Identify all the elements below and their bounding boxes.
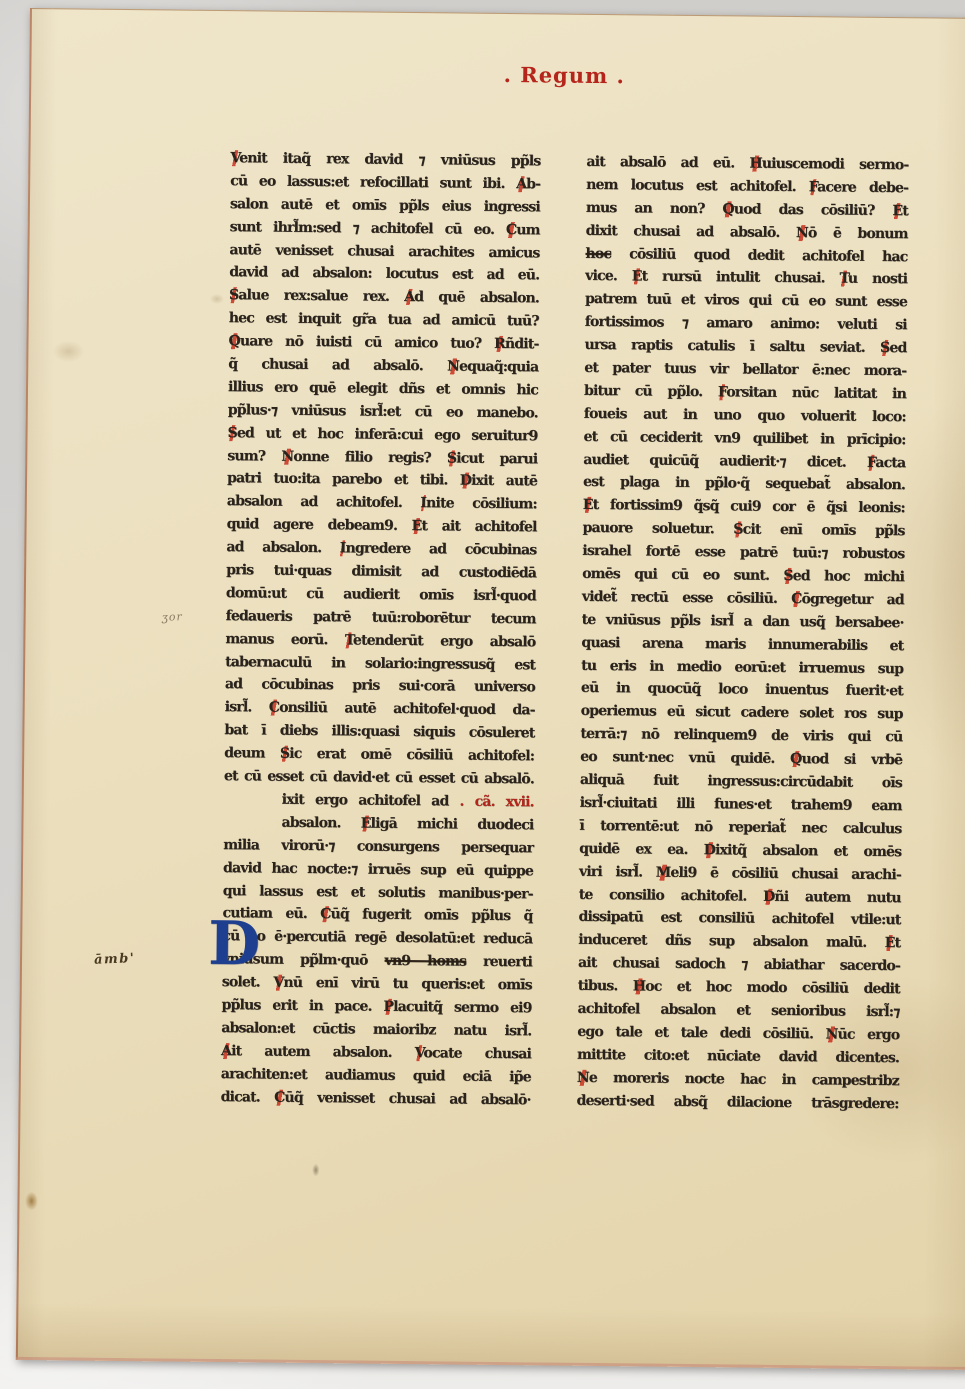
text-line: Venit itaq̃ rex david ⁊ vniūsus pp̃ls	[230, 147, 540, 173]
text-line: pris tui·quas dimisit ad custodiēdā	[226, 559, 536, 585]
text-line: operiemus eū sicut cadere solet ros sup	[581, 700, 903, 726]
text-line: domū:ut cū audierit omīs isrl̃·quod	[226, 582, 536, 608]
text-line: manus eorū. Tetenderūt ergo absalō	[225, 628, 535, 654]
text-line: autē venisset chusai arachites amicus	[229, 239, 539, 265]
text-line: achitofel absalon et senioribus isrl̃:⁊	[577, 998, 899, 1024]
text-line: videt̃ rectū esse cōsiliū. Cōgregetur ad	[582, 586, 904, 612]
text-line: ad absalon. Ingredere ad cōcubinas	[226, 536, 536, 562]
text-line: pp̃lus erit in pace. Placuitq̃ sermo ei9	[221, 994, 531, 1020]
text-line: eū in quocūq̃ loco inuentus fuerit·et	[581, 677, 903, 703]
text-line: audiet quicūq̃ audierit·⁊ dicet. Facta	[583, 448, 905, 474]
text-line: cū eo lassus:et refocillati sunt ibi. Ab…	[230, 170, 540, 196]
text-line: et cū ceciderit vn9 quilibet in prīcipio…	[583, 426, 905, 452]
text-line: bat ī diebs illis:quasi siquis cōsuleret	[224, 719, 534, 745]
running-title: . Regum .	[231, 59, 897, 92]
text-line: Et fortissim9 q̃sq̃ cui9 cor ē q̃si leon…	[583, 494, 905, 520]
text-line: dixit chusai ad absalō. Nō ē bonum	[586, 220, 908, 246]
text-line: ait absalō ad eū. Huiuscemodi sermo-	[586, 151, 908, 177]
text-line: bitur cū pp̃lo. Forsitan nūc latitat in	[584, 380, 906, 406]
text-line: q̃ chusai ad absalō. Nequaq̃:quia	[228, 353, 538, 379]
text-line: induceret dñs sup absalon malū. Et	[578, 929, 900, 955]
text-line: omēs qui cū eo sunt. Sed hoc michi	[582, 563, 904, 589]
text-line: fortissimos ⁊ amaro animo: veluti si	[585, 311, 907, 337]
illuminated-initial-d: D	[208, 922, 270, 971]
text-line: fedaueris patrē tuū:roborētur tecum	[226, 605, 536, 631]
text-line: Ait autem absalon. Vocate chusai	[221, 1040, 531, 1066]
text-line: illius ero quē elegit dñs et omnis hic	[228, 376, 538, 402]
text-line: Quare nō iuisti cū amico tuo? Rñdit-	[228, 330, 538, 356]
text-line: absalon:et cūctis maioribz natu isrl̃.	[221, 1017, 531, 1043]
text-line: sunt ihrl̃m:sed ⁊ achitofel cū eo. Cum	[230, 216, 540, 242]
text-line: salon autē et omīs pp̃ls eius ingressi	[230, 193, 540, 219]
text-line: ego tale et tale dedi cōsiliū. Nūc ergo	[577, 1021, 899, 1047]
text-line: solet. Vnū enī virū tu queris:et omīs	[222, 971, 532, 997]
text-line: pauore soluetur. Scit enī omīs pp̃ls	[582, 517, 904, 543]
text-line: patri tuo:ita parebo et tibi. Dixit autē	[227, 468, 537, 494]
text-line: pp̃lus·⁊ vniūsus isrl̃:et cū eo manebo.	[228, 399, 538, 425]
text-line: tibus. Hoc et hoc modo cōsiliū dedit	[578, 975, 900, 1001]
text-line: arachiten:et audiamus quid eciā ip̃e	[221, 1063, 531, 1089]
text-line: dicat. Cūq̃ venisset chusai ad absalō·	[220, 1086, 530, 1112]
text-line: et pater tuus vir bellator ē:nec mora-	[584, 357, 906, 383]
text-line: te vniūsus pp̃ls isrl̃ a dan usq̃ bersab…	[582, 609, 904, 635]
text-line: nem locutus est achitofel. Facere debe-	[586, 174, 908, 200]
text-line: david ad absalon: locutus est ad eū.	[229, 262, 539, 288]
text-line: absalon ad achitofel. Inite cōsilium:	[227, 490, 537, 516]
text-line: dissipatū est consiliū achitofel vtile:u…	[578, 906, 900, 932]
text-line: terrā:⁊ nō relinquem9 de viris qui cū	[580, 723, 902, 749]
text-line: hec est inquit gr̃a tua ad amicū tuū?	[229, 307, 539, 333]
text-line: hoc cōsiliū quod dedit achitofel hac	[585, 242, 907, 268]
text-line: Ne moreris nocte hac in campestribz	[577, 1066, 899, 1092]
text-line: israhel fortē esse patrē tuū:⁊ robustos	[582, 540, 904, 566]
text-line: aliquā fuit ingressus:circūdabit oīs	[580, 769, 902, 795]
text-line: ixit ergo achitofel ad . cã. xvii.	[224, 788, 534, 814]
text-line: quasi arena maris innumerabilis et	[581, 632, 903, 658]
photo-backdrop: { "meta": { "colors": { "rubric_red": "#…	[0, 0, 965, 1389]
text-line: ait chusai sadoch ⁊ abiathar sacerdo-	[578, 952, 900, 978]
text-line: mittite cito:et nūciate david dicentes.	[577, 1044, 899, 1070]
text-line: ī torrentē:ut nō reperiat̃ nec calculus	[579, 815, 901, 841]
text-line: vice. Et rursū intulit chusai. Tu nosti	[585, 265, 907, 291]
text-line: patrem tuū et viros qui cū eo sunt esse	[585, 288, 907, 314]
text-line: quid agere debeam9. Et ait achitofel	[226, 513, 536, 539]
text-line: quidē ex ea. Dixitq̃ absalon et omēs	[579, 838, 901, 864]
margin-annotation-1: ʒor	[161, 610, 183, 624]
margin-annotation-2: āmb'	[94, 951, 136, 968]
text-line: sum? Nonne filio regis? Sicut parui	[227, 445, 537, 471]
text-line: tabernaculū in solario:ingressusq̃ est	[225, 651, 535, 677]
manuscript-page: . Regum . ʒor āmb' D Venit itaq̃ rex dav…	[16, 8, 965, 1370]
text-column-right: ait absalō ad eū. Huiuscemodi sermo-nem …	[576, 151, 908, 1116]
text-line: Sed ut et hoc inferā:cui ego seruitur9	[227, 422, 537, 448]
text-line: deserti·sed absq̃ dilacione trāsgredere:	[576, 1089, 898, 1115]
text-line: tu eris in medio eorū:et irruemus sup	[581, 654, 903, 680]
text-line: foueis aut in uno quo voluerit loco:	[584, 403, 906, 429]
text-line: ad cōcubinas pris sui·corā universo	[225, 674, 535, 700]
text-line: et cū esset cū david·et cū esset cū absa…	[224, 765, 534, 791]
text-line: viri isrl̃. Meli9 ē cōsiliū chusai arach…	[579, 860, 901, 886]
text-column-left: D Venit itaq̃ rex david ⁊ vniūsus pp̃lsc…	[220, 147, 540, 1112]
text-line: est plaga in pp̃lo·q̃ sequebat̃ absalon.	[583, 471, 905, 497]
text-line: eo sunt·nec vnū quidē. Quod si vrbē	[580, 746, 902, 772]
text-line: Salue rex:salue rex. Ad quē absalon.	[229, 284, 539, 310]
text-line: qui lassus est et solutis manibus·per-	[223, 880, 533, 906]
text-line: te consilio achitofel. Dñi autem nutu	[579, 883, 901, 909]
text-line: david hac nocte:⁊ irruēs sup eū quippe	[223, 857, 533, 883]
text-line: absalon. Eligā michi duodeci	[223, 811, 533, 837]
text-line: isrl̃·ciuitati illi funes·et trahem9 eam	[580, 792, 902, 818]
text-line: deum Sic erat omē cōsiliū achitofel:	[224, 742, 534, 768]
text-line: mus an non? Quod das cōsiliū? Et	[586, 197, 908, 223]
text-line: ursa raptis catulis ī saltu seviat. Sed	[584, 334, 906, 360]
text-line: isrl̃. Consiliū autē achitofel·quod da-	[225, 696, 535, 722]
text-line: milia virorū·⁊ consurgens persequar	[223, 834, 533, 860]
